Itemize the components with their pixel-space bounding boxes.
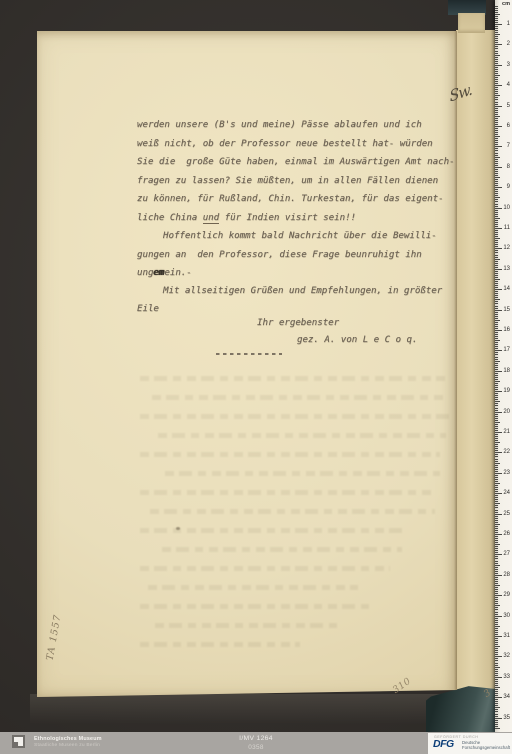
ruler-mm-tick: [495, 189, 498, 190]
ruler-cm-tick: [495, 697, 502, 698]
ruler-number: 28: [503, 572, 510, 578]
ruler-mm-tick: [495, 316, 498, 317]
ruler-mm-tick: [495, 381, 500, 382]
ruler-mm-tick: [495, 687, 500, 688]
ruler-mm-tick: [495, 20, 498, 21]
ruler-number: 32: [503, 653, 510, 659]
ruler-mm-tick: [495, 497, 498, 498]
bleedthrough-line: [140, 452, 440, 457]
ruler-cm-tick: [495, 391, 502, 392]
ruler-mm-tick: [495, 660, 498, 661]
ruler-mm-tick: [495, 175, 498, 176]
ruler-mm-tick: [495, 465, 498, 466]
ruler-mm-tick: [495, 699, 498, 700]
ruler-mm-tick: [495, 583, 498, 584]
ruler-mm-tick: [495, 593, 498, 594]
ruler-mm-tick: [495, 528, 498, 529]
ruler-mm-tick: [495, 691, 498, 692]
ruler-mm-tick: [495, 516, 498, 517]
ruler-number: 17: [503, 347, 510, 353]
ruler-mm-tick: [495, 285, 498, 286]
signature-dashed-rule: [216, 353, 282, 355]
ruler-number: 18: [503, 368, 510, 374]
ruler-mm-tick: [495, 530, 498, 531]
ruler-mm-tick: [495, 650, 498, 651]
ruler-mm-tick: [495, 93, 498, 94]
ruler-mm-tick: [495, 344, 498, 345]
ruler-mm-tick: [495, 538, 498, 539]
ruler-mm-tick: [495, 14, 500, 15]
ruler-mm-tick: [495, 193, 498, 194]
ruler-mm-tick: [495, 505, 498, 506]
letter-text-segment: gungen an den Professor, diese Frage beu…: [137, 250, 422, 260]
bleedthrough-line: [140, 376, 445, 381]
ruler-mm-tick: [495, 124, 498, 125]
ruler-mm-tick: [495, 408, 498, 409]
ruler-mm-tick: [495, 236, 498, 237]
ruler-mm-tick: [495, 614, 498, 615]
ruler-mm-tick: [495, 728, 500, 729]
ruler-mm-tick: [495, 73, 498, 74]
ruler-mm-tick: [495, 669, 498, 670]
ruler-number: 9: [507, 184, 510, 190]
ruler-cm-tick: [495, 24, 502, 25]
ruler-mm-tick: [495, 218, 500, 219]
bleedthrough-line: [140, 642, 300, 647]
ruler-mm-tick: [495, 165, 498, 166]
ruler-mm-tick: [495, 79, 498, 80]
ruler-mm-tick: [495, 252, 498, 253]
letter-text-segment: Eile: [137, 304, 159, 314]
ruler-number: 5: [507, 103, 510, 109]
ruler-mm-tick: [495, 569, 498, 570]
ruler-mm-tick: [495, 383, 498, 384]
ruler-number: 13: [503, 266, 510, 272]
ruler-mm-tick: [495, 577, 498, 578]
paper-speck: [176, 527, 180, 530]
ruler-mm-tick: [495, 354, 498, 355]
letter-text-segment: Hoffentlich kommt bald Nachricht über di…: [163, 231, 437, 241]
ruler-mm-tick: [495, 434, 498, 435]
ruler-mm-tick: [495, 689, 498, 690]
ruler-mm-tick: [495, 138, 498, 139]
ruler-mm-tick: [495, 630, 498, 631]
bleedthrough-line: [140, 566, 390, 571]
ruler-mm-tick: [495, 387, 498, 388]
ruler-mm-tick: [495, 632, 498, 633]
ruler-mm-tick: [495, 428, 498, 429]
ruler-mm-tick: [495, 646, 500, 647]
ruler-mm-tick: [495, 150, 498, 151]
ruler-mm-tick: [495, 40, 498, 41]
ruler-mm-tick: [495, 308, 498, 309]
page-bottom-shadow: [30, 694, 460, 724]
ruler-mm-tick: [495, 367, 498, 368]
ruler-mm-tick: [495, 401, 500, 402]
bleedthrough-line: [165, 471, 440, 476]
ruler-mm-tick: [495, 48, 498, 49]
dfg-acronym: DFG: [433, 738, 454, 750]
ruler-mm-tick: [495, 8, 498, 9]
ruler-cm-tick: [495, 371, 502, 372]
ruler-mm-tick: [495, 220, 498, 221]
ruler-mm-tick: [495, 342, 498, 343]
letter-text-segment: liche China: [137, 213, 203, 223]
ruler-cm-tick: [495, 595, 502, 596]
ruler-mm-tick: [495, 18, 498, 19]
ruler-mm-tick: [495, 720, 498, 721]
ruler-mm-tick: [495, 32, 498, 33]
ruler-mm-tick: [495, 483, 500, 484]
ruler-mm-tick: [495, 679, 498, 680]
ruler-number: 8: [507, 164, 510, 170]
ruler-mm-tick: [495, 640, 498, 641]
ruler-mm-tick: [495, 271, 498, 272]
ruler-mm-tick: [495, 454, 498, 455]
ruler-mm-tick: [495, 477, 498, 478]
ruler-mm-tick: [495, 102, 498, 103]
ruler-mm-tick: [495, 373, 498, 374]
ruler-mm-tick: [495, 246, 498, 247]
ruler-mm-tick: [495, 693, 498, 694]
ruler-cm-tick: [495, 718, 502, 719]
ruler-mm-tick: [495, 403, 498, 404]
ruler-mm-tick: [495, 38, 498, 39]
letter-line: Sie die große Güte haben, einmal im Ausw…: [137, 157, 455, 168]
ruler-number: 35: [503, 715, 510, 721]
ruler-mm-tick: [495, 283, 498, 284]
ruler-mm-tick: [495, 348, 498, 349]
ruler-mm-tick: [495, 250, 498, 251]
ruler-number: 31: [503, 633, 510, 639]
ruler-mm-tick: [495, 195, 498, 196]
ruler-mm-tick: [495, 153, 498, 154]
ruler-mm-tick: [495, 346, 498, 347]
ruler-mm-tick: [495, 416, 498, 417]
ruler-mm-tick: [495, 363, 498, 364]
ruler-mm-tick: [495, 628, 498, 629]
ruler-mm-tick: [495, 51, 498, 52]
ruler-mm-tick: [495, 240, 498, 241]
letter-line: Mit allseitigen Grüßen und Empfehlungen,…: [163, 286, 442, 297]
ruler-number: 27: [503, 551, 510, 557]
ruler-mm-tick: [495, 46, 498, 47]
letter-text-segment: Ihr ergebenster: [257, 318, 339, 328]
ruler-mm-tick: [495, 257, 498, 258]
ruler-mm-tick: [495, 301, 498, 302]
ruler-mm-tick: [495, 204, 498, 205]
ruler-mm-tick: [495, 605, 500, 606]
ruler-number: 29: [503, 592, 510, 598]
ruler-mm-tick: [495, 57, 498, 58]
ruler-mm-tick: [495, 69, 498, 70]
letter-text-segment: zu können, für Rußland, Chin. Turkestan,…: [137, 194, 444, 204]
ruler-mm-tick: [495, 322, 498, 323]
ruler-cm-tick: [495, 228, 502, 229]
ruler-mm-tick: [495, 59, 498, 60]
ruler-cm-tick: [495, 616, 502, 617]
ruler-mm-tick: [495, 232, 498, 233]
ruler-mm-tick: [495, 612, 498, 613]
letter-text-segment: em: [153, 268, 164, 278]
letter-text-segment: gez. A. von L e C o q.: [297, 335, 417, 345]
ruler-number: 34: [503, 694, 510, 700]
ruler-cm-tick: [495, 85, 502, 86]
ruler-mm-tick: [495, 332, 498, 333]
ruler-mm-tick: [495, 597, 498, 598]
ruler-mm-tick: [495, 357, 498, 358]
ruler-mm-tick: [495, 201, 498, 202]
underlying-page-edge: [456, 30, 495, 698]
letter-text-segment: Mit allseitigen Grüßen und Empfehlungen,…: [163, 286, 442, 296]
ruler-unit-label: cm: [502, 1, 510, 7]
ruler-mm-tick: [495, 110, 498, 111]
ruler-mm-tick: [495, 567, 498, 568]
ruler-mm-tick: [495, 424, 498, 425]
ruler-mm-tick: [495, 338, 498, 339]
ruler-mm-tick: [495, 42, 498, 43]
ruler-number: 2: [507, 41, 510, 47]
bleedthrough-line: [140, 604, 370, 609]
ruler-mm-tick: [495, 563, 498, 564]
ruler-mm-tick: [495, 163, 498, 164]
ruler-cm-tick: [495, 65, 502, 66]
ruler-mm-tick: [495, 91, 498, 92]
ruler-mm-tick: [495, 6, 498, 7]
letter-line: liche China und für Indien visirt sein!!: [137, 213, 356, 224]
ruler-mm-tick: [495, 34, 500, 35]
ruler-mm-tick: [495, 234, 498, 235]
ruler-mm-tick: [495, 265, 498, 266]
ruler-mm-tick: [495, 524, 500, 525]
ruler-mm-tick: [495, 177, 500, 178]
ruler-mm-tick: [495, 185, 498, 186]
letter-line: fragen zu lassen? Sie müßten, um in alle…: [137, 176, 438, 187]
ruler-mm-tick: [495, 393, 498, 394]
ruler-mm-tick: [495, 95, 500, 96]
ruler-mm-tick: [495, 97, 498, 98]
ruler-cm-tick: [495, 452, 502, 453]
ruler-mm-tick: [495, 609, 498, 610]
ruler-mm-tick: [495, 526, 498, 527]
scanned-letter-page: werden unsere (B's und meine) Pässe abla…: [0, 0, 512, 754]
ruler-mm-tick: [495, 532, 498, 533]
ruler-mm-tick: [495, 173, 498, 174]
ruler-mm-tick: [495, 512, 498, 513]
ruler-mm-tick: [495, 336, 498, 337]
ruler-mm-tick: [495, 501, 498, 502]
letter-line: Eile: [137, 304, 159, 315]
ruler-mm-tick: [495, 544, 500, 545]
ruler-mm-tick: [495, 375, 498, 376]
ruler-number: 26: [503, 531, 510, 537]
ruler-mm-tick: [495, 491, 498, 492]
ruler-mm-tick: [495, 144, 498, 145]
ruler-mm-tick: [495, 181, 498, 182]
ruler-mm-tick: [495, 293, 498, 294]
ruler-mm-tick: [495, 299, 500, 300]
ruler-mm-tick: [495, 359, 498, 360]
ruler-mm-tick: [495, 104, 498, 105]
ruler-mm-tick: [495, 581, 498, 582]
ruler-mm-tick: [495, 520, 498, 521]
ruler-mm-tick: [495, 558, 498, 559]
ruler-mm-tick: [495, 722, 498, 723]
ruler-mm-tick: [495, 709, 498, 710]
ruler-mm-tick: [495, 607, 498, 608]
ruler-mm-tick: [495, 479, 498, 480]
ruler-cm-tick: [495, 412, 502, 413]
ruler-mm-tick: [495, 685, 498, 686]
ruler-mm-tick: [495, 244, 498, 245]
ruler-mm-tick: [495, 242, 498, 243]
ruler-mm-tick: [495, 318, 498, 319]
ruler-number: 10: [503, 205, 510, 211]
ruler-cm-tick: [495, 677, 502, 678]
ruler-mm-tick: [495, 707, 500, 708]
measurement-ruler: cm 1234567891011121314151617181920212223…: [495, 0, 512, 732]
ruler-number: 14: [503, 286, 510, 292]
ruler-mm-tick: [495, 673, 498, 674]
ruler-mm-tick: [495, 16, 498, 17]
ruler-mm-tick: [495, 587, 498, 588]
ruler-mm-tick: [495, 442, 500, 443]
ruler-cm-tick: [495, 350, 502, 351]
ruler-mm-tick: [495, 620, 498, 621]
ruler-mm-tick: [495, 644, 498, 645]
fold-crease: [454, 31, 457, 697]
ruler-mm-tick: [495, 726, 498, 727]
ruler-mm-tick: [495, 410, 498, 411]
ruler-mm-tick: [495, 405, 498, 406]
ruler-number: 7: [507, 143, 510, 149]
ruler-mm-tick: [495, 75, 500, 76]
ruler-mm-tick: [495, 30, 498, 31]
ruler-number: 15: [503, 307, 510, 313]
ruler-number: 3: [507, 62, 510, 68]
ruler-number: 4: [507, 82, 510, 88]
ruler-mm-tick: [495, 585, 500, 586]
ruler-mm-tick: [495, 136, 500, 137]
ruler-mm-tick: [495, 556, 498, 557]
ruler-mm-tick: [495, 108, 498, 109]
ruler-mm-tick: [495, 638, 498, 639]
ruler-mm-tick: [495, 389, 498, 390]
ruler-mm-tick: [495, 275, 498, 276]
ruler-mm-tick: [495, 159, 498, 160]
ruler-mm-tick: [495, 571, 498, 572]
ruler-mm-tick: [495, 499, 498, 500]
bleedthrough-line: [155, 623, 340, 628]
ruler-mm-tick: [495, 281, 498, 282]
ruler-mm-tick: [495, 438, 498, 439]
ruler-mm-tick: [495, 224, 498, 225]
ruler-mm-tick: [495, 26, 498, 27]
ruler-mm-tick: [495, 711, 498, 712]
ruler-cm-tick: [495, 554, 502, 555]
ruler-mm-tick: [495, 489, 498, 490]
ruler-mm-tick: [495, 599, 498, 600]
ruler-mm-tick: [495, 705, 498, 706]
ruler-mm-tick: [495, 326, 498, 327]
ruler-mm-tick: [495, 485, 498, 486]
ruler-mm-tick: [495, 446, 498, 447]
ruler-cm-tick: [495, 656, 502, 657]
ruler-cm-tick: [495, 106, 502, 107]
ruler-mm-tick: [495, 369, 498, 370]
ruler-mm-tick: [495, 561, 498, 562]
ruler-mm-tick: [495, 157, 500, 158]
ruler-number: 30: [503, 613, 510, 619]
ruler-cm-tick: [495, 44, 502, 45]
ruler-mm-tick: [495, 430, 498, 431]
ruler-cm-tick: [495, 493, 502, 494]
ruler-mm-tick: [495, 197, 500, 198]
letter-text-segment: weiß nicht, ob der Professor neue bestel…: [137, 139, 433, 149]
ruler-mm-tick: [495, 385, 498, 386]
ruler-mm-tick: [495, 724, 498, 725]
letter-text-segment: Sie die große Güte haben, einmal im Ausw…: [137, 157, 455, 167]
ruler-mm-tick: [495, 624, 498, 625]
ruler-mm-tick: [495, 118, 498, 119]
ruler-mm-tick: [495, 665, 498, 666]
bleedthrough-line: [152, 395, 447, 400]
ruler-mm-tick: [495, 365, 498, 366]
bleedthrough-line: [158, 433, 446, 438]
ruler-mm-tick: [495, 61, 498, 62]
dfg-logo: GEFÖRDERT DURCH DFG DeutscheForschungsge…: [428, 733, 512, 754]
ruler-mm-tick: [495, 471, 498, 472]
ruler-mm-tick: [495, 122, 498, 123]
ruler-mm-tick: [495, 467, 498, 468]
ruler-mm-tick: [495, 210, 498, 211]
ruler-mm-tick: [495, 671, 498, 672]
ruler-mm-tick: [495, 273, 498, 274]
ruler-mm-tick: [495, 507, 498, 508]
bleedthrough-line: [140, 414, 450, 419]
ruler-mm-tick: [495, 71, 498, 72]
ruler-mm-tick: [495, 155, 498, 156]
ruler-mm-tick: [495, 522, 498, 523]
ruler-mm-tick: [495, 440, 498, 441]
letter-line: Hoffentlich kommt bald Nachricht über di…: [163, 231, 437, 242]
ruler-mm-tick: [495, 314, 498, 315]
ruler-mm-tick: [495, 340, 500, 341]
ruler-mm-tick: [495, 277, 498, 278]
ruler-mm-tick: [495, 420, 498, 421]
ruler-mm-tick: [495, 328, 498, 329]
ruler-mm-tick: [495, 716, 498, 717]
letter-line: gungen an den Professor, diese Frage beu…: [137, 250, 422, 261]
ruler-mm-tick: [495, 87, 498, 88]
ruler-mm-tick: [495, 444, 498, 445]
ruler-mm-tick: [495, 461, 498, 462]
ruler-mm-tick: [495, 55, 500, 56]
ruler-mm-tick: [495, 658, 498, 659]
ruler-cm-tick: [495, 187, 502, 188]
ruler-mm-tick: [495, 675, 498, 676]
ruler-mm-tick: [495, 134, 498, 135]
ruler-mm-tick: [495, 287, 498, 288]
ruler-mm-tick: [495, 695, 498, 696]
ruler-mm-tick: [495, 573, 498, 574]
ruler-mm-tick: [495, 112, 498, 113]
ruler-cm-tick: [495, 534, 502, 535]
ruler-mm-tick: [495, 214, 498, 215]
letter-line: zu können, für Rußland, Chin. Turkestan,…: [137, 194, 444, 205]
ruler-mm-tick: [495, 116, 500, 117]
ruler-cm-tick: [495, 146, 502, 147]
